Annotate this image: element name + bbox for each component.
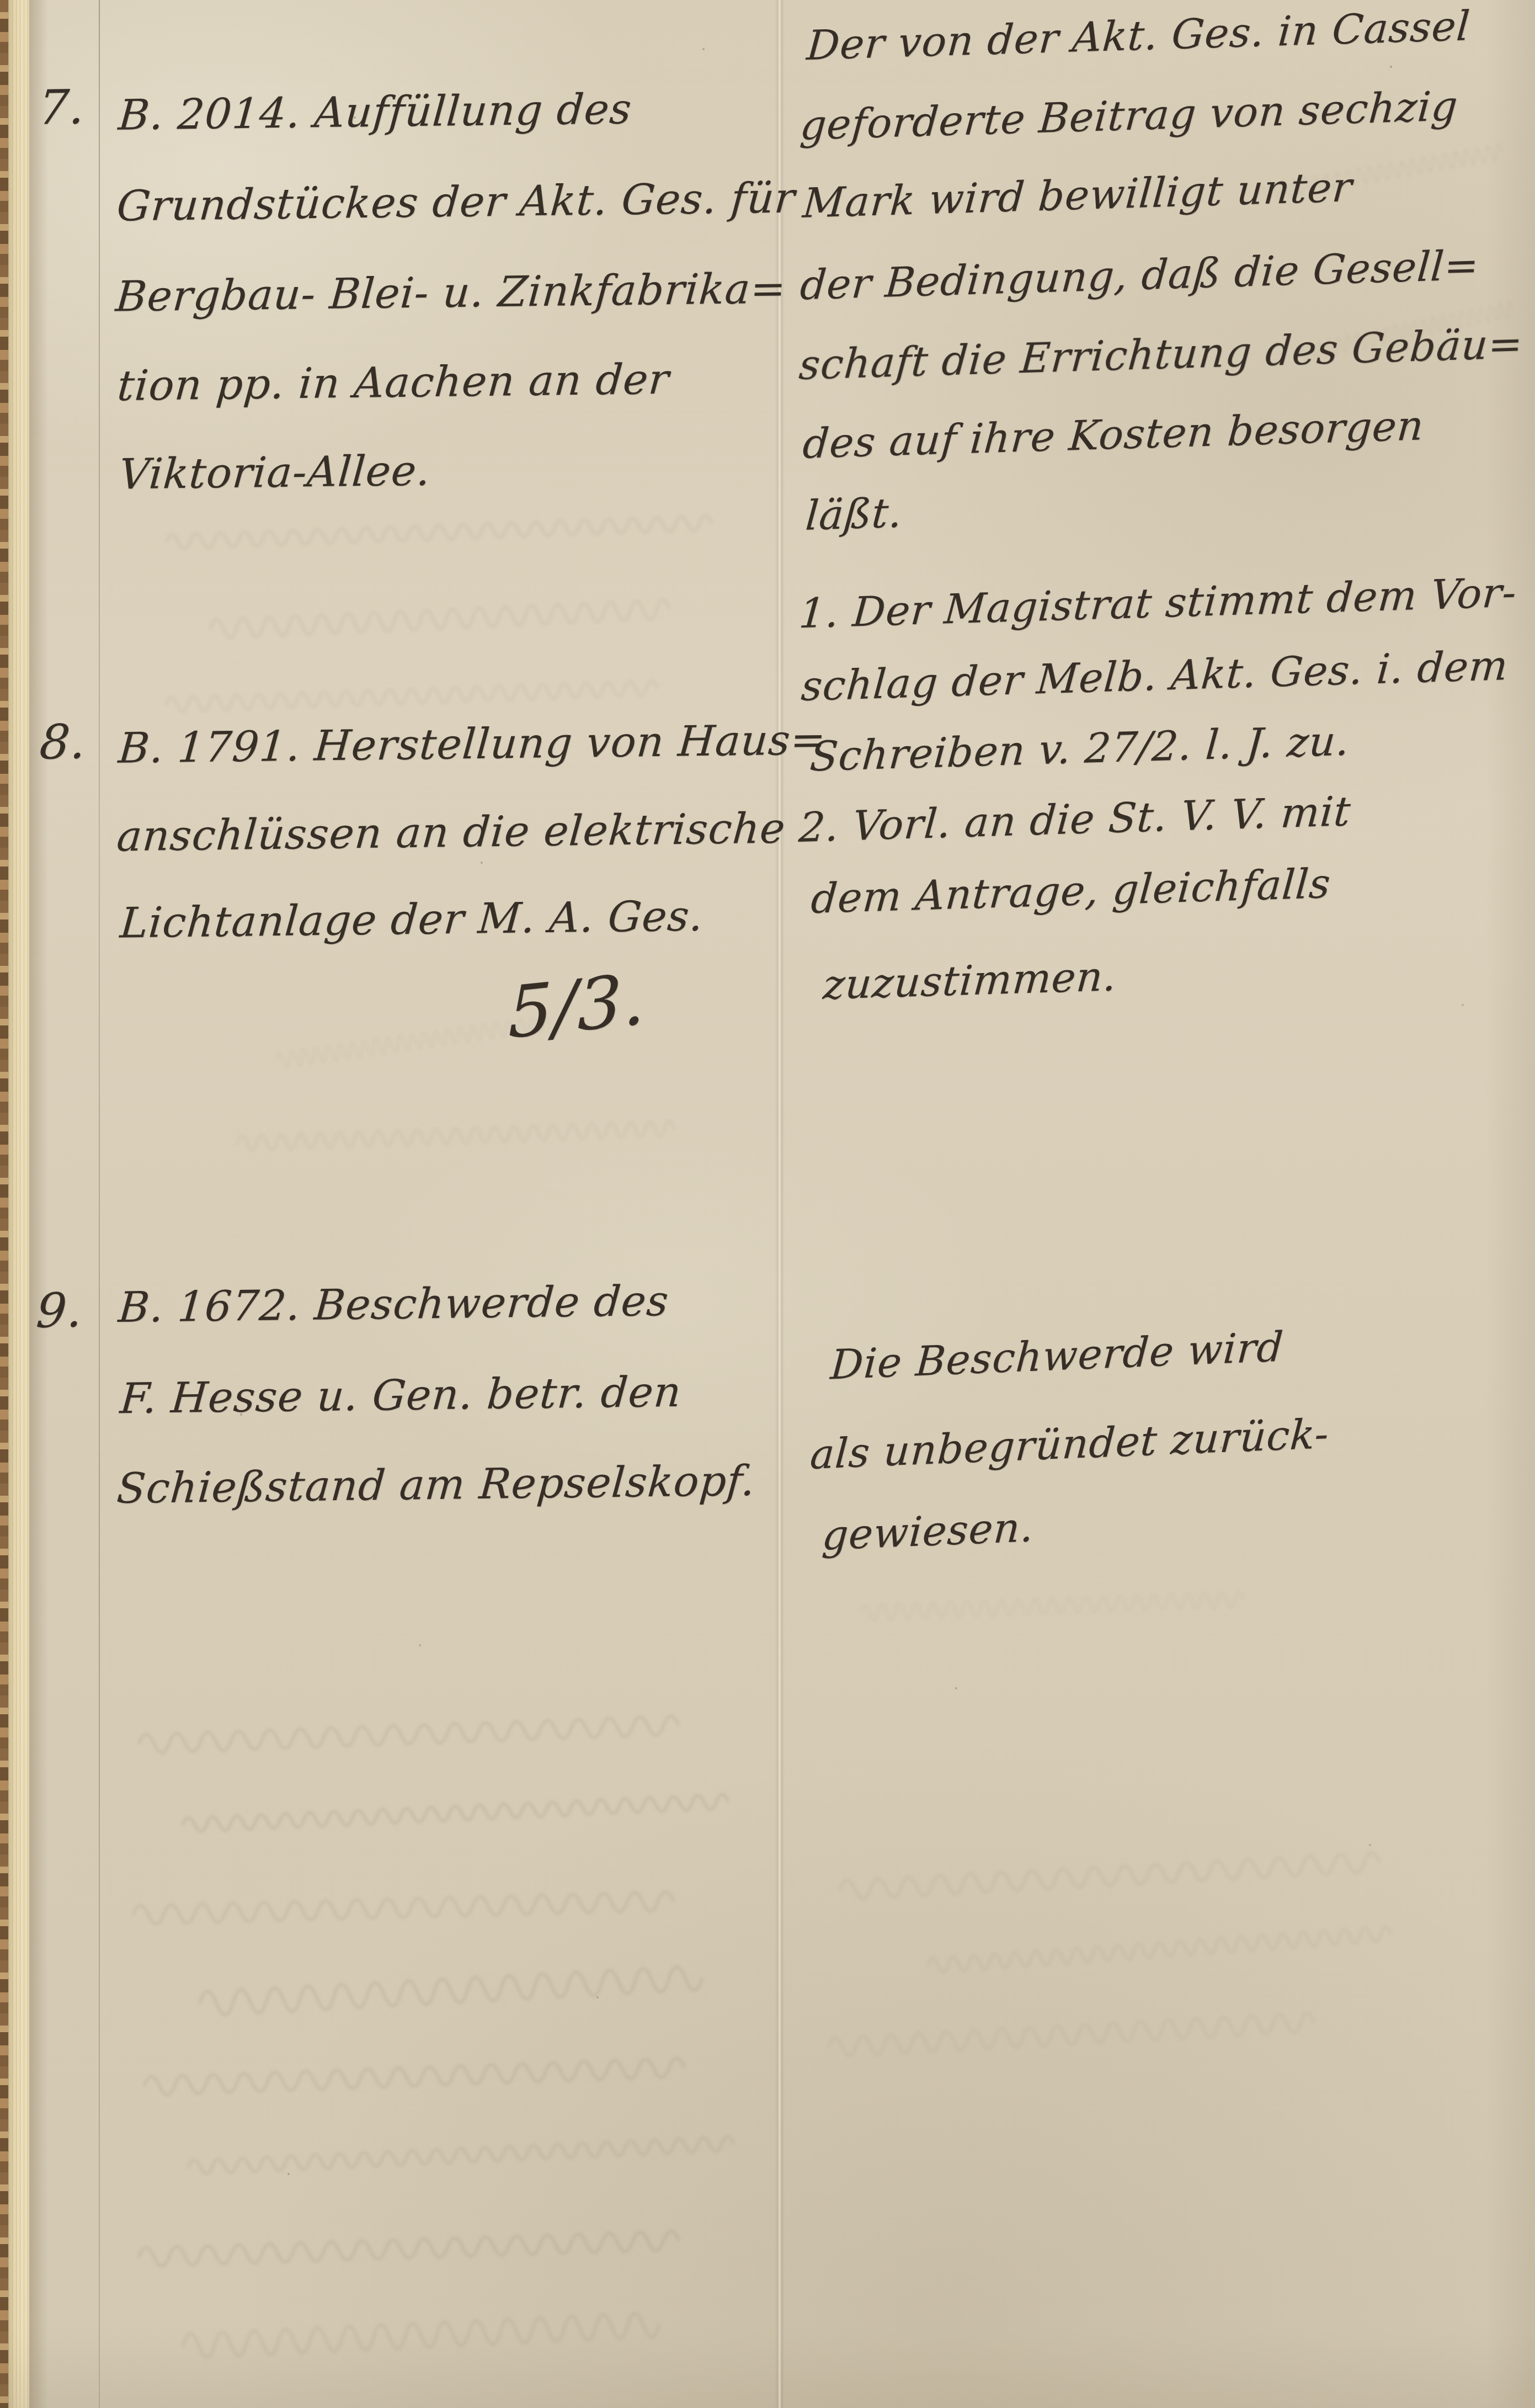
ghost-line <box>839 1853 1380 1900</box>
ghost-line <box>928 1926 1392 1973</box>
entry-line: anschlüssen an die elektrische <box>115 807 787 858</box>
ghost-line <box>166 515 712 549</box>
ghost-line <box>138 1716 679 1753</box>
ghost-line <box>166 681 657 712</box>
ghost-line <box>861 1592 1243 1620</box>
ghost-line <box>138 2231 679 2267</box>
entry-line: Viktoria-Allee. <box>118 450 432 496</box>
item-number: 9. <box>35 1287 84 1335</box>
ghost-line <box>188 2136 734 2175</box>
ghost-line <box>199 1965 703 2016</box>
manuscript-page: 7. B. 2014. Auffüllung des Grundstückes … <box>0 0 1535 2408</box>
ghost-line <box>237 1121 674 1151</box>
ghost-line <box>210 600 670 639</box>
resolution-line: läßt. <box>804 492 904 536</box>
entry-line: Lichtanlage der M. A. Ges. <box>119 895 705 944</box>
entry-line: Bergbau- Blei- u. Zinkfabrika= <box>114 268 788 318</box>
ghost-line <box>182 1794 728 1832</box>
item-number: 8. <box>38 718 88 767</box>
entry-line: tion pp. in Aachen an der <box>116 358 671 407</box>
ghost-line <box>143 2058 685 2096</box>
entry-line: B. 1672. Beschwerde des <box>117 1280 670 1328</box>
paper-specks <box>0 0 1 1</box>
resolution-line: gewiesen. <box>821 1507 1035 1556</box>
entry-line: F. Hesse u. Gen. betr. den <box>119 1371 683 1420</box>
entry-line: Schießstand am Repselskopf. <box>115 1460 757 1509</box>
date-note: 5/3. <box>508 964 646 1050</box>
entry-line: Grundstückes der Akt. Ges. für <box>115 177 797 227</box>
ghost-line <box>183 2313 660 2358</box>
resolution-line: zuzustimmen. <box>822 956 1118 1006</box>
item-number: 7. <box>37 83 87 132</box>
entry-line: B. 1791. Herstellung von Haus= <box>117 719 828 769</box>
ghost-line <box>828 2013 1315 2057</box>
entry-line: B. 2014. Auffüllung des <box>117 88 633 136</box>
ghost-line <box>132 1891 674 1925</box>
